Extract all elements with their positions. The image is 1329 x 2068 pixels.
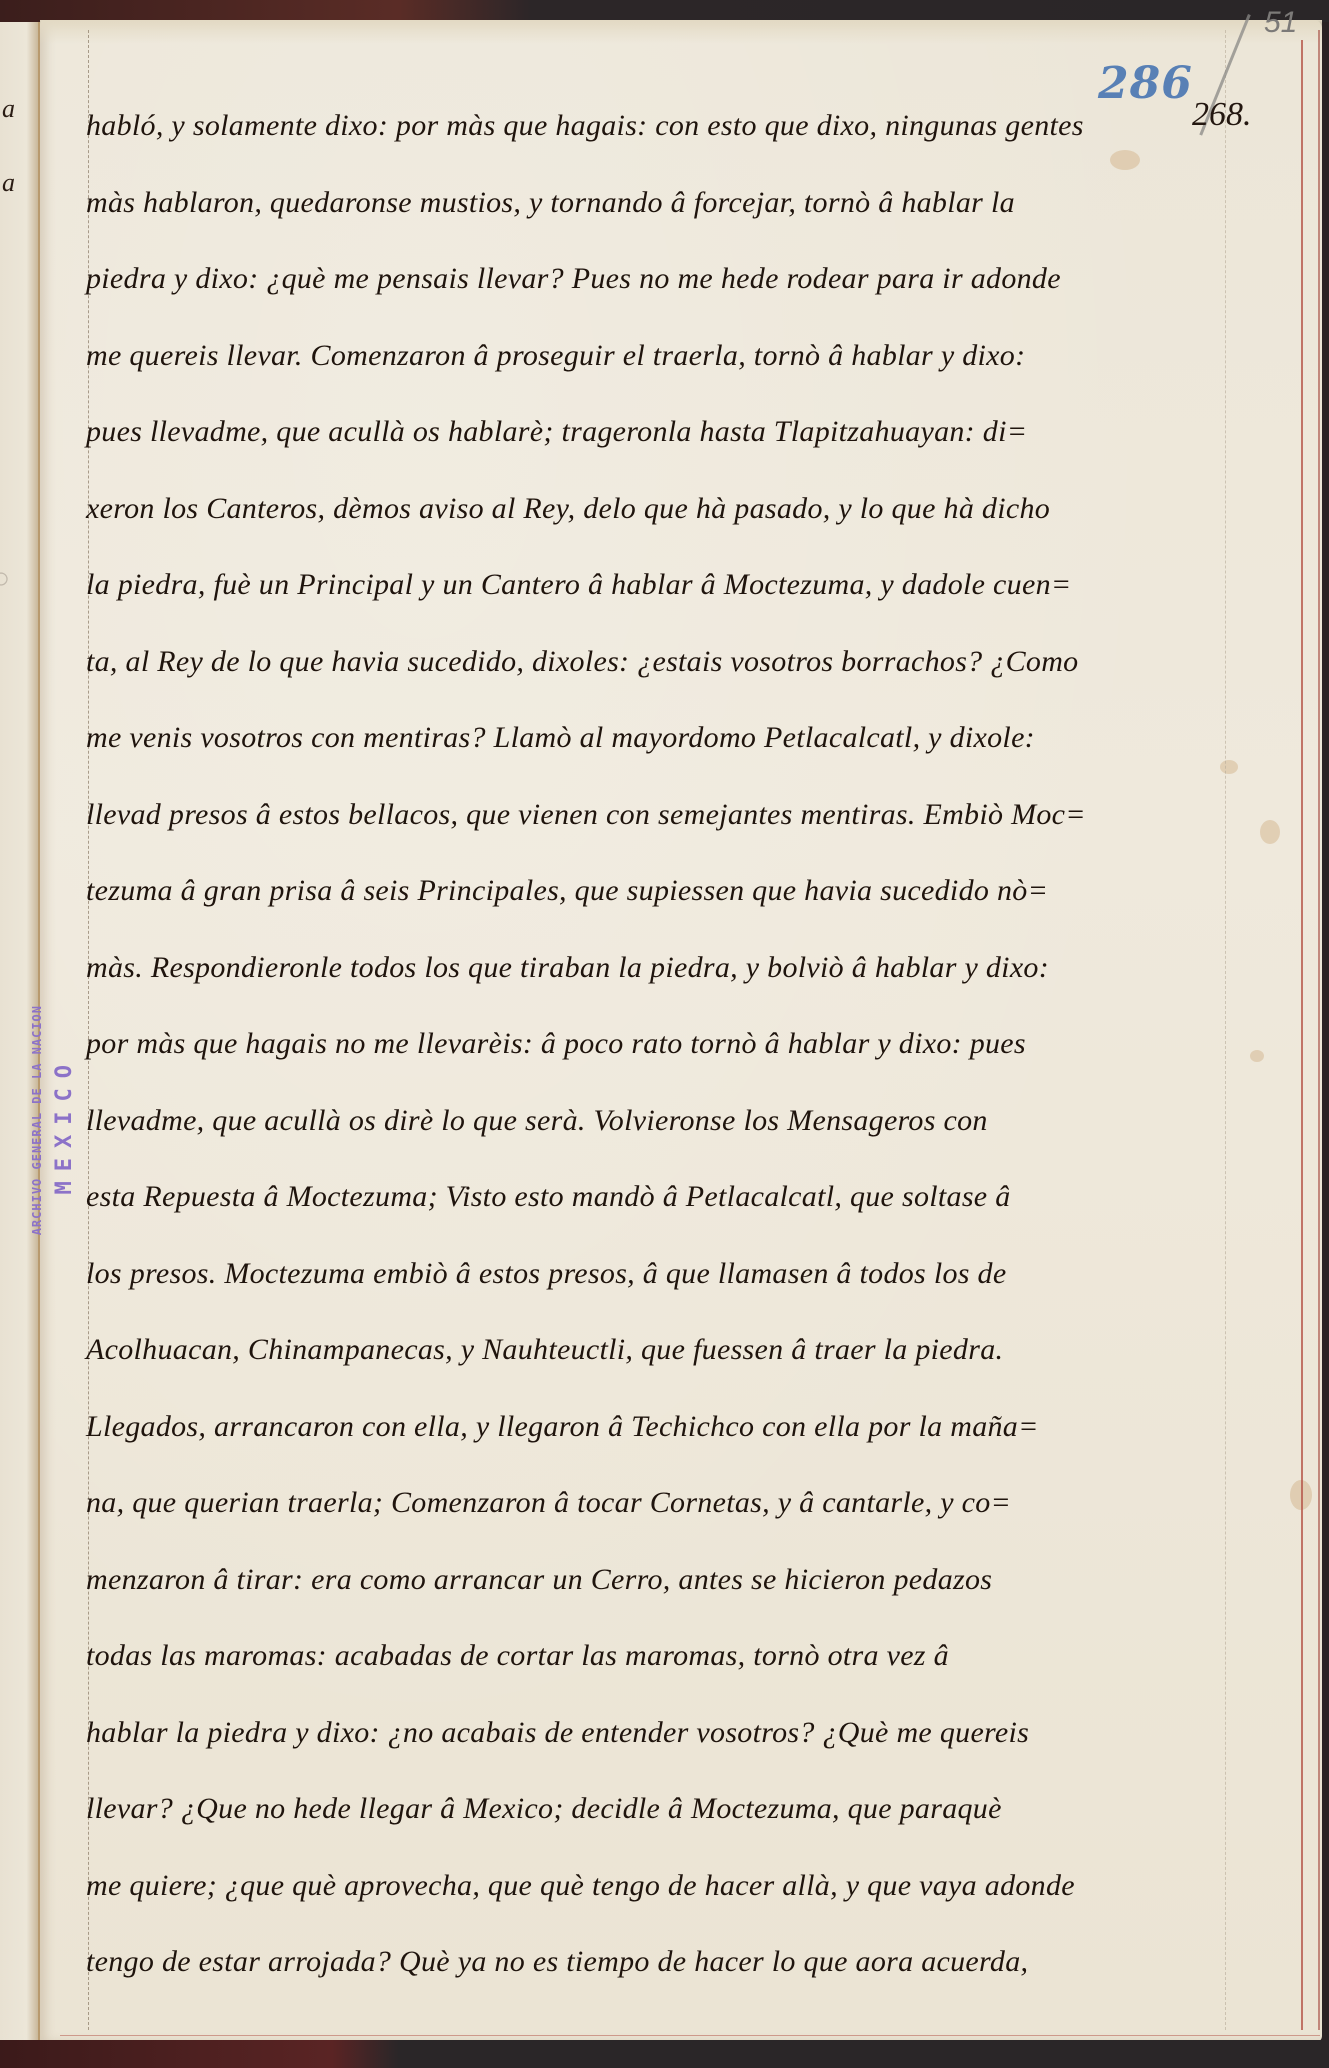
text-line: na, que querian traerla; Comenzaron â to… [86, 1465, 1236, 1542]
text-line: Acolhuacan, Chinampanecas, y Nauhteuctli… [86, 1312, 1236, 1389]
text-line: llevad presos â estos bellacos, que vien… [86, 777, 1236, 854]
text-line: màs hablaron, quedaronse mustios, y torn… [86, 165, 1236, 242]
prev-page-text-fragment: a [2, 94, 15, 124]
text-line: màs. Respondieronle todos los que tiraba… [86, 930, 1236, 1007]
text-line: llevadme, que acullà os dirè lo que serà… [86, 1083, 1236, 1160]
text-line: por màs que hagais no me llevarèis: â po… [86, 1006, 1236, 1083]
text-line: llevar? ¿Que no hede llegar â Mexico; de… [86, 1771, 1236, 1848]
text-line: ta, al Rey de lo que havia sucedido, dix… [86, 624, 1236, 701]
text-line: todas las maromas: acabadas de cortar la… [86, 1618, 1236, 1695]
red-border-rule [1301, 40, 1303, 2030]
text-line: menzaron â tirar: era como arrancar un C… [86, 1542, 1236, 1619]
manuscript-text: habló, y solamente dixo: por màs que hag… [86, 88, 1236, 2001]
foxing-stain [1250, 1050, 1264, 1062]
text-line: tezuma â gran prisa â seis Principales, … [86, 853, 1236, 930]
red-border-rule [1318, 30, 1320, 2030]
foxing-stain [1260, 820, 1280, 844]
folio-number-pencil: 51 [1264, 6, 1297, 40]
text-line: hablar la piedra y dixo: ¿no acabais de … [86, 1695, 1236, 1772]
red-border-rule-bottom [60, 2035, 1320, 2036]
text-line: piedra y dixo: ¿què me pensais llevar? P… [86, 241, 1236, 318]
book-binding-bottom [0, 2040, 1329, 2068]
stamp-institution-text: ARCHIVO GENERAL DE LA NACION [30, 1005, 44, 1235]
text-line: me quereis llevar. Comenzaron â prosegui… [86, 318, 1236, 395]
text-line: xeron los Canteros, dèmos aviso al Rey, … [86, 471, 1236, 548]
bleed-through-mark: ○ [0, 562, 10, 596]
torn-page-edge [40, 20, 1322, 44]
archive-stamp: ARCHIVO GENERAL DE LA NACION MEXICO [22, 1005, 82, 1285]
text-line: me venis vosotros con mentiras? Llamò al… [86, 700, 1236, 777]
text-line: la piedra, fuè un Principal y un Cantero… [86, 547, 1236, 624]
text-line: Llegados, arrancaron con ella, y llegaro… [86, 1389, 1236, 1466]
text-line: esta Repuesta â Moctezuma; Visto esto ma… [86, 1159, 1236, 1236]
text-line: tengo de estar arrojada? Què ya no es ti… [86, 1924, 1236, 2001]
text-line: me quiere; ¿que què aprovecha, que què t… [86, 1848, 1236, 1925]
text-line: habló, y solamente dixo: por màs que hag… [86, 88, 1236, 165]
stamp-country-text: MEXICO [52, 1055, 77, 1194]
text-line: pues llevadme, que acullà os hablarè; tr… [86, 394, 1236, 471]
text-line: los presos. Moctezuma embiò â estos pres… [86, 1236, 1236, 1313]
book-binding-top [0, 0, 1329, 22]
prev-page-text-fragment: a [2, 168, 15, 198]
